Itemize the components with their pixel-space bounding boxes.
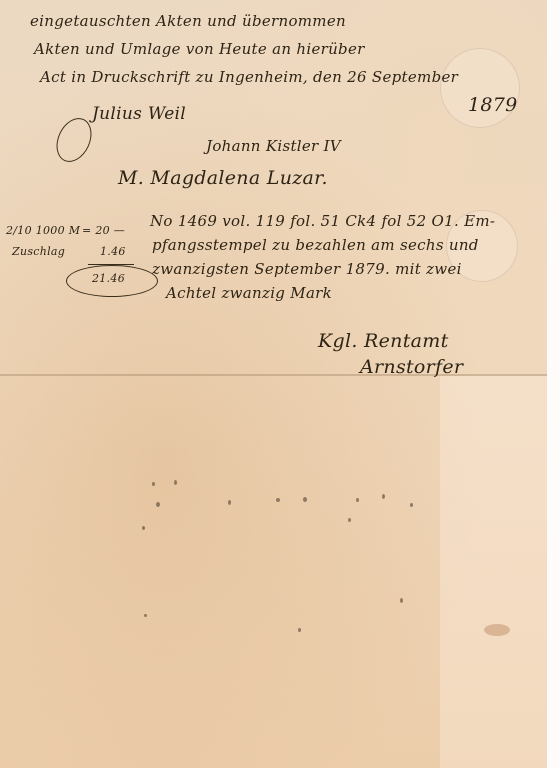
ink-spot xyxy=(228,500,231,505)
margin-calc-total: 21.46 xyxy=(92,272,125,285)
margin-calc-label-2: Zuschlag xyxy=(12,245,65,258)
entry-line-4: Achtel zwanzig Mark xyxy=(166,284,332,302)
entry-line-2: pfangsstempel zu bezahlen am sechs und xyxy=(152,236,479,254)
entry-line-1: No 1469 vol. 119 fol. 51 Ck4 fol 52 O1. … xyxy=(150,212,495,230)
body-line-1: eingetauschten Akten und übernommen xyxy=(30,12,346,30)
ink-spot xyxy=(303,497,307,502)
heading-johann-kistler: Johann Kistler IV xyxy=(206,137,341,155)
scan-border xyxy=(547,0,560,768)
ink-spot xyxy=(356,498,359,502)
margin-calc-label-1: 2/10 1000 M xyxy=(6,224,80,237)
ink-spot xyxy=(348,518,351,522)
office-signature-rentamt: Kgl. Rentamt xyxy=(318,330,449,352)
office-signature-name: Arnstorfer xyxy=(360,356,463,378)
ink-spot xyxy=(400,598,403,603)
margin-calc-value-1: = 20 — xyxy=(82,224,125,237)
ink-spot xyxy=(410,503,413,507)
ink-spot xyxy=(382,494,385,499)
ink-spot xyxy=(276,498,280,502)
ink-spot xyxy=(152,482,155,486)
ink-spot xyxy=(142,526,145,530)
entry-line-3: zwanzigsten September 1879. mit zwei xyxy=(152,260,462,278)
ink-spot xyxy=(298,628,301,632)
ink-spot xyxy=(174,480,177,485)
embossed-seal-top xyxy=(440,48,520,128)
ink-spot xyxy=(156,502,160,507)
paper-stain xyxy=(484,624,510,636)
ink-spot xyxy=(144,614,147,617)
signature-julius-weil: Julius Weil xyxy=(92,104,186,124)
paper-faded-strip xyxy=(440,376,547,768)
margin-calc-value-2: 1.46 xyxy=(100,245,126,258)
body-year: 1879 xyxy=(468,94,518,116)
heading-magdalena: M. Magdalena Luzar. xyxy=(118,167,328,189)
body-line-3: Act in Druckschrift zu Ingenheim, den 26… xyxy=(40,68,458,86)
body-line-2: Akten und Umlage von Heute an hierüber xyxy=(34,40,365,58)
